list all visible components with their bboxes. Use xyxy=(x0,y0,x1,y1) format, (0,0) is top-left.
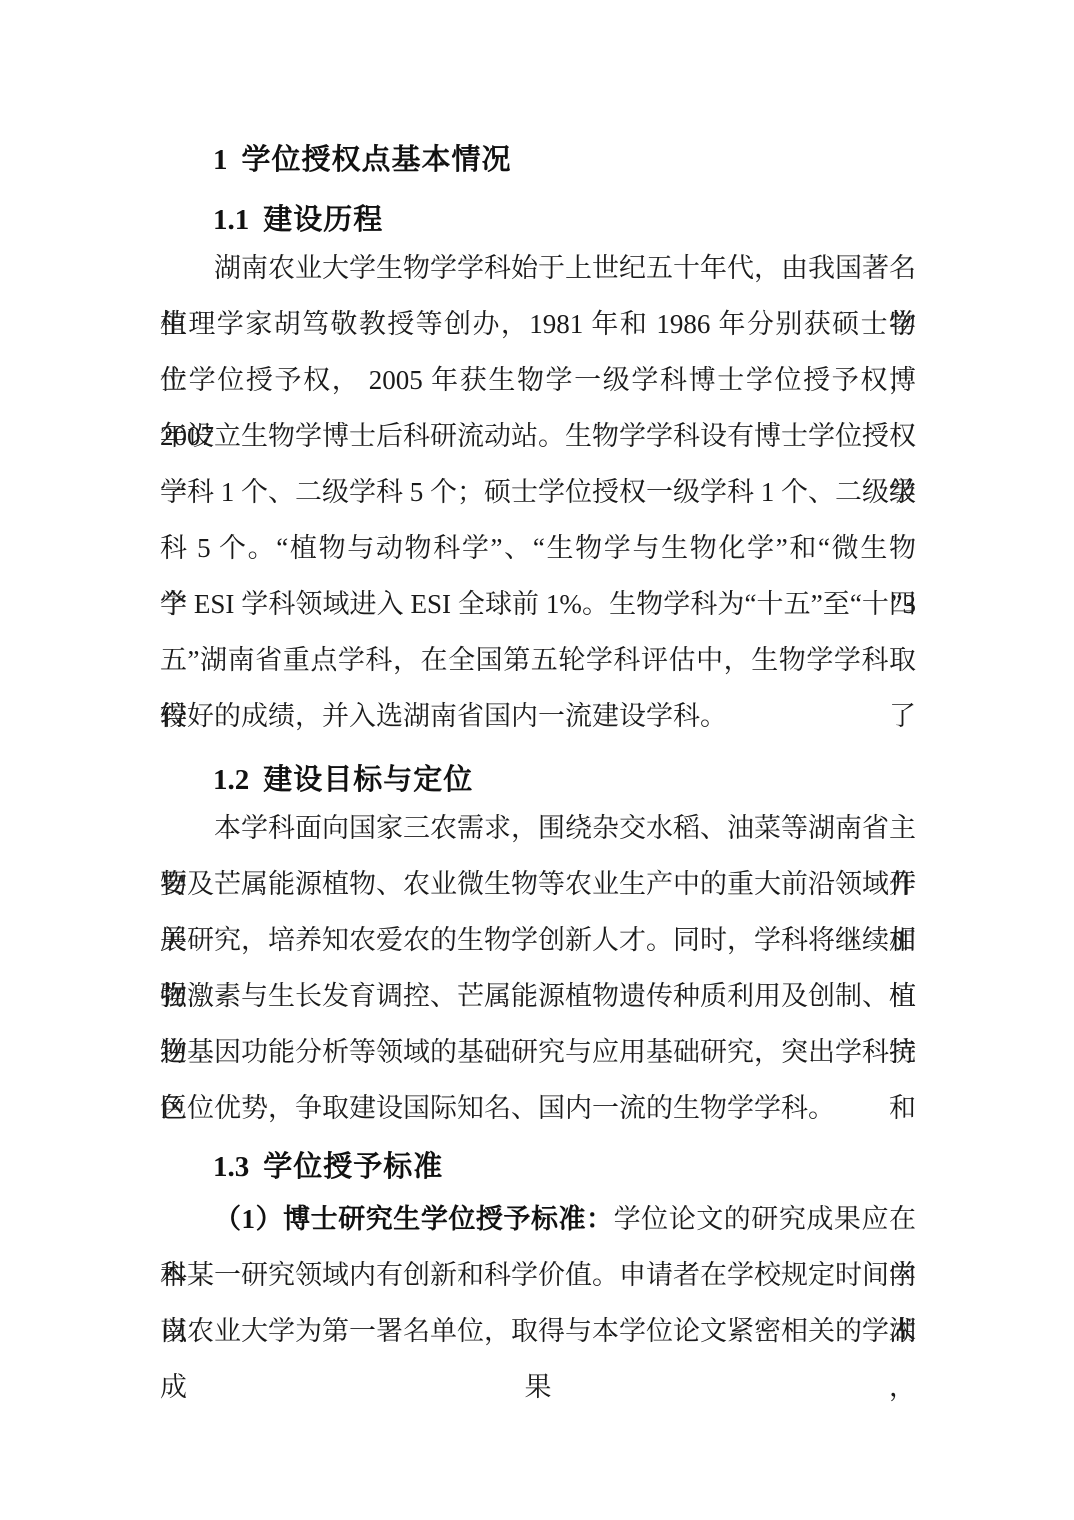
text-line-group: 科某一研究领域内有创新和科学价值。申请者在学校规定时间内以湖南农业大学为第一署名… xyxy=(160,1247,916,1359)
text-line: 关研究，培养知农爱农的生物学创新人才。同时，学科将继续加强植 xyxy=(160,912,916,968)
document-page: 1学位授权点基本情况 1.1建设历程 湖南农业大学生物学学科始于上世纪五十年代，… xyxy=(0,0,1074,1520)
text-line: 区位优势，争取建设国际知名、国内一流的生物学学科。 xyxy=(160,1080,916,1136)
text-line: 湖南农业大学生物学学科始于上世纪五十年代，由我国著名植物 xyxy=(160,240,916,296)
text-line: 物激素与生长发育调控、芒属能源植物遗传种质利用及创制、植物抗 xyxy=(160,968,916,1024)
text-line: 士学位授予权， 2005 年获生物学一级学科博士学位授予权， 2007 xyxy=(160,352,916,408)
text-line: 物及芒属能源植物、农业微生物等农业生产中的重大前沿领域开展相 xyxy=(160,856,916,912)
heading-goals-and-position: 1.2建设目标与定位 xyxy=(160,760,916,800)
text-line: 年设立生物学博士后科研流动站。生物学学科设有博士学位授权一级 xyxy=(160,408,916,464)
heading-degree-point-overview: 1学位授权点基本情况 xyxy=(160,140,916,180)
text-line: 南农业大学为第一署名单位，取得与本学位论文紧密相关的学术成果， xyxy=(160,1303,916,1359)
heading-number: 1.2 xyxy=(213,764,249,796)
heading-label: 建设目标与定位 xyxy=(263,764,473,796)
heading-number: 1 xyxy=(213,144,228,176)
heading-number: 1.1 xyxy=(213,204,249,236)
text-line: 生理学家胡笃敬教授等创办，1981 年和 1986 年分别获硕士学位、博 xyxy=(160,296,916,352)
text-line: 本学科面向国家三农需求，围绕杂交水稻、油菜等湖南省主要作 xyxy=(160,800,916,856)
text-line: 逆基因功能分析等领域的基础研究与应用基础研究，突出学科特色和 xyxy=(160,1024,916,1080)
text-line: 五”湖南省重点学科，在全国第五轮学科评估中，生物学学科取得了 xyxy=(160,632,916,688)
heading-label: 建设历程 xyxy=(263,204,383,236)
text-line: 学科 1 个、二级学科 5 个；硕士学位授权一级学科 1 个、二级学 xyxy=(160,464,916,520)
paragraph-degree-award-standard: （1）博士研究生学位授予标准：学位论文的研究成果应在本学 科某一研究领域内有创新… xyxy=(160,1191,916,1359)
paragraph-goals-and-position: 本学科面向国家三农需求，围绕杂交水稻、油菜等湖南省主要作物及芒属能源植物、农业微… xyxy=(160,800,916,1136)
doctoral-standard-lead: （1）博士研究生学位授予标准： xyxy=(214,1204,614,1234)
heading-construction-history: 1.1建设历程 xyxy=(160,200,916,240)
paragraph-construction-history: 湖南农业大学生物学学科始于上世纪五十年代，由我国著名植物生理学家胡笃敬教授等创办… xyxy=(160,240,916,744)
text-line: 科某一研究领域内有创新和科学价值。申请者在学校规定时间内以湖 xyxy=(160,1247,916,1303)
heading-degree-award-standard: 1.3学位授予标准 xyxy=(160,1147,916,1187)
heading-label: 学位授予标准 xyxy=(263,1151,443,1183)
page-content: 1学位授权点基本情况 1.1建设历程 湖南农业大学生物学学科始于上世纪五十年代，… xyxy=(160,0,916,1359)
text-line: 科 5 个。“植物与动物科学”、“生物学与生物化学”和“微生物学”3 xyxy=(160,520,916,576)
text-line: 个 ESI 学科领域进入 ESI 全球前 1%。生物学科为“十五”至“十四 xyxy=(160,576,916,632)
heading-label: 学位授权点基本情况 xyxy=(242,144,512,176)
text-line: （1）博士研究生学位授予标准：学位论文的研究成果应在本学 xyxy=(160,1191,916,1247)
heading-number: 1.3 xyxy=(213,1151,249,1183)
